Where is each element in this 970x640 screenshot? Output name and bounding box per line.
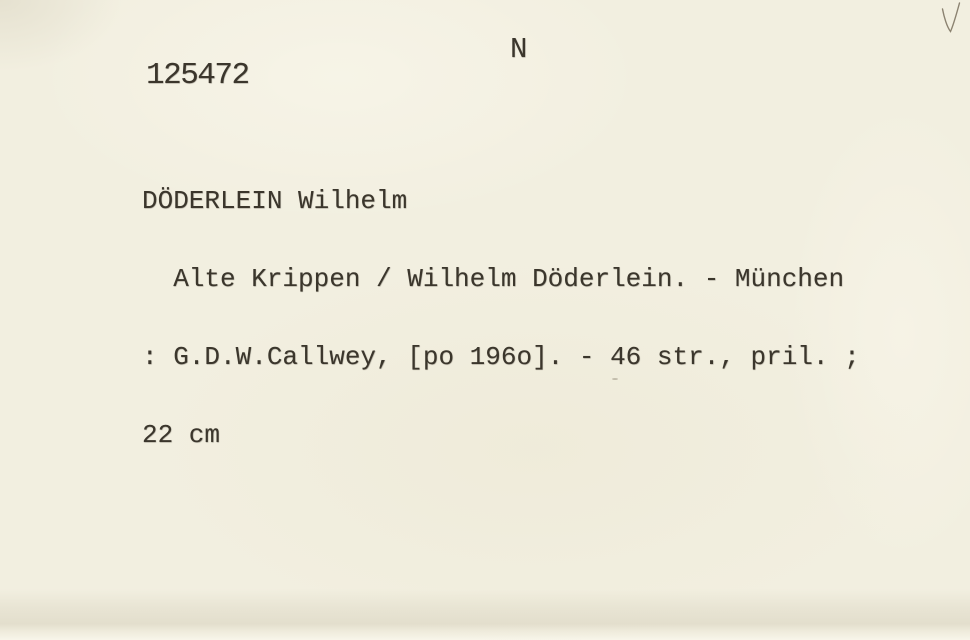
entry-line: Alte Krippen / Wilhelm Döderlein. - Münc…: [142, 266, 860, 292]
call-number: 125472: [146, 60, 249, 91]
section-letter: N: [510, 35, 527, 64]
entry-line: : G.D.W.Callwey, [po 196o]. - 46 str., p…: [142, 344, 860, 370]
entry-line: 22 cm: [142, 422, 860, 448]
catalog-card: 125472 N DÖDERLEIN Wilhelm Alte Krippen …: [0, 0, 970, 640]
bibliographic-entry: DÖDERLEIN Wilhelm Alte Krippen / Wilhelm…: [142, 136, 860, 500]
check-mark-icon: [941, 2, 961, 36]
paper-speck: [612, 378, 618, 380]
entry-heading: DÖDERLEIN Wilhelm: [142, 188, 860, 214]
